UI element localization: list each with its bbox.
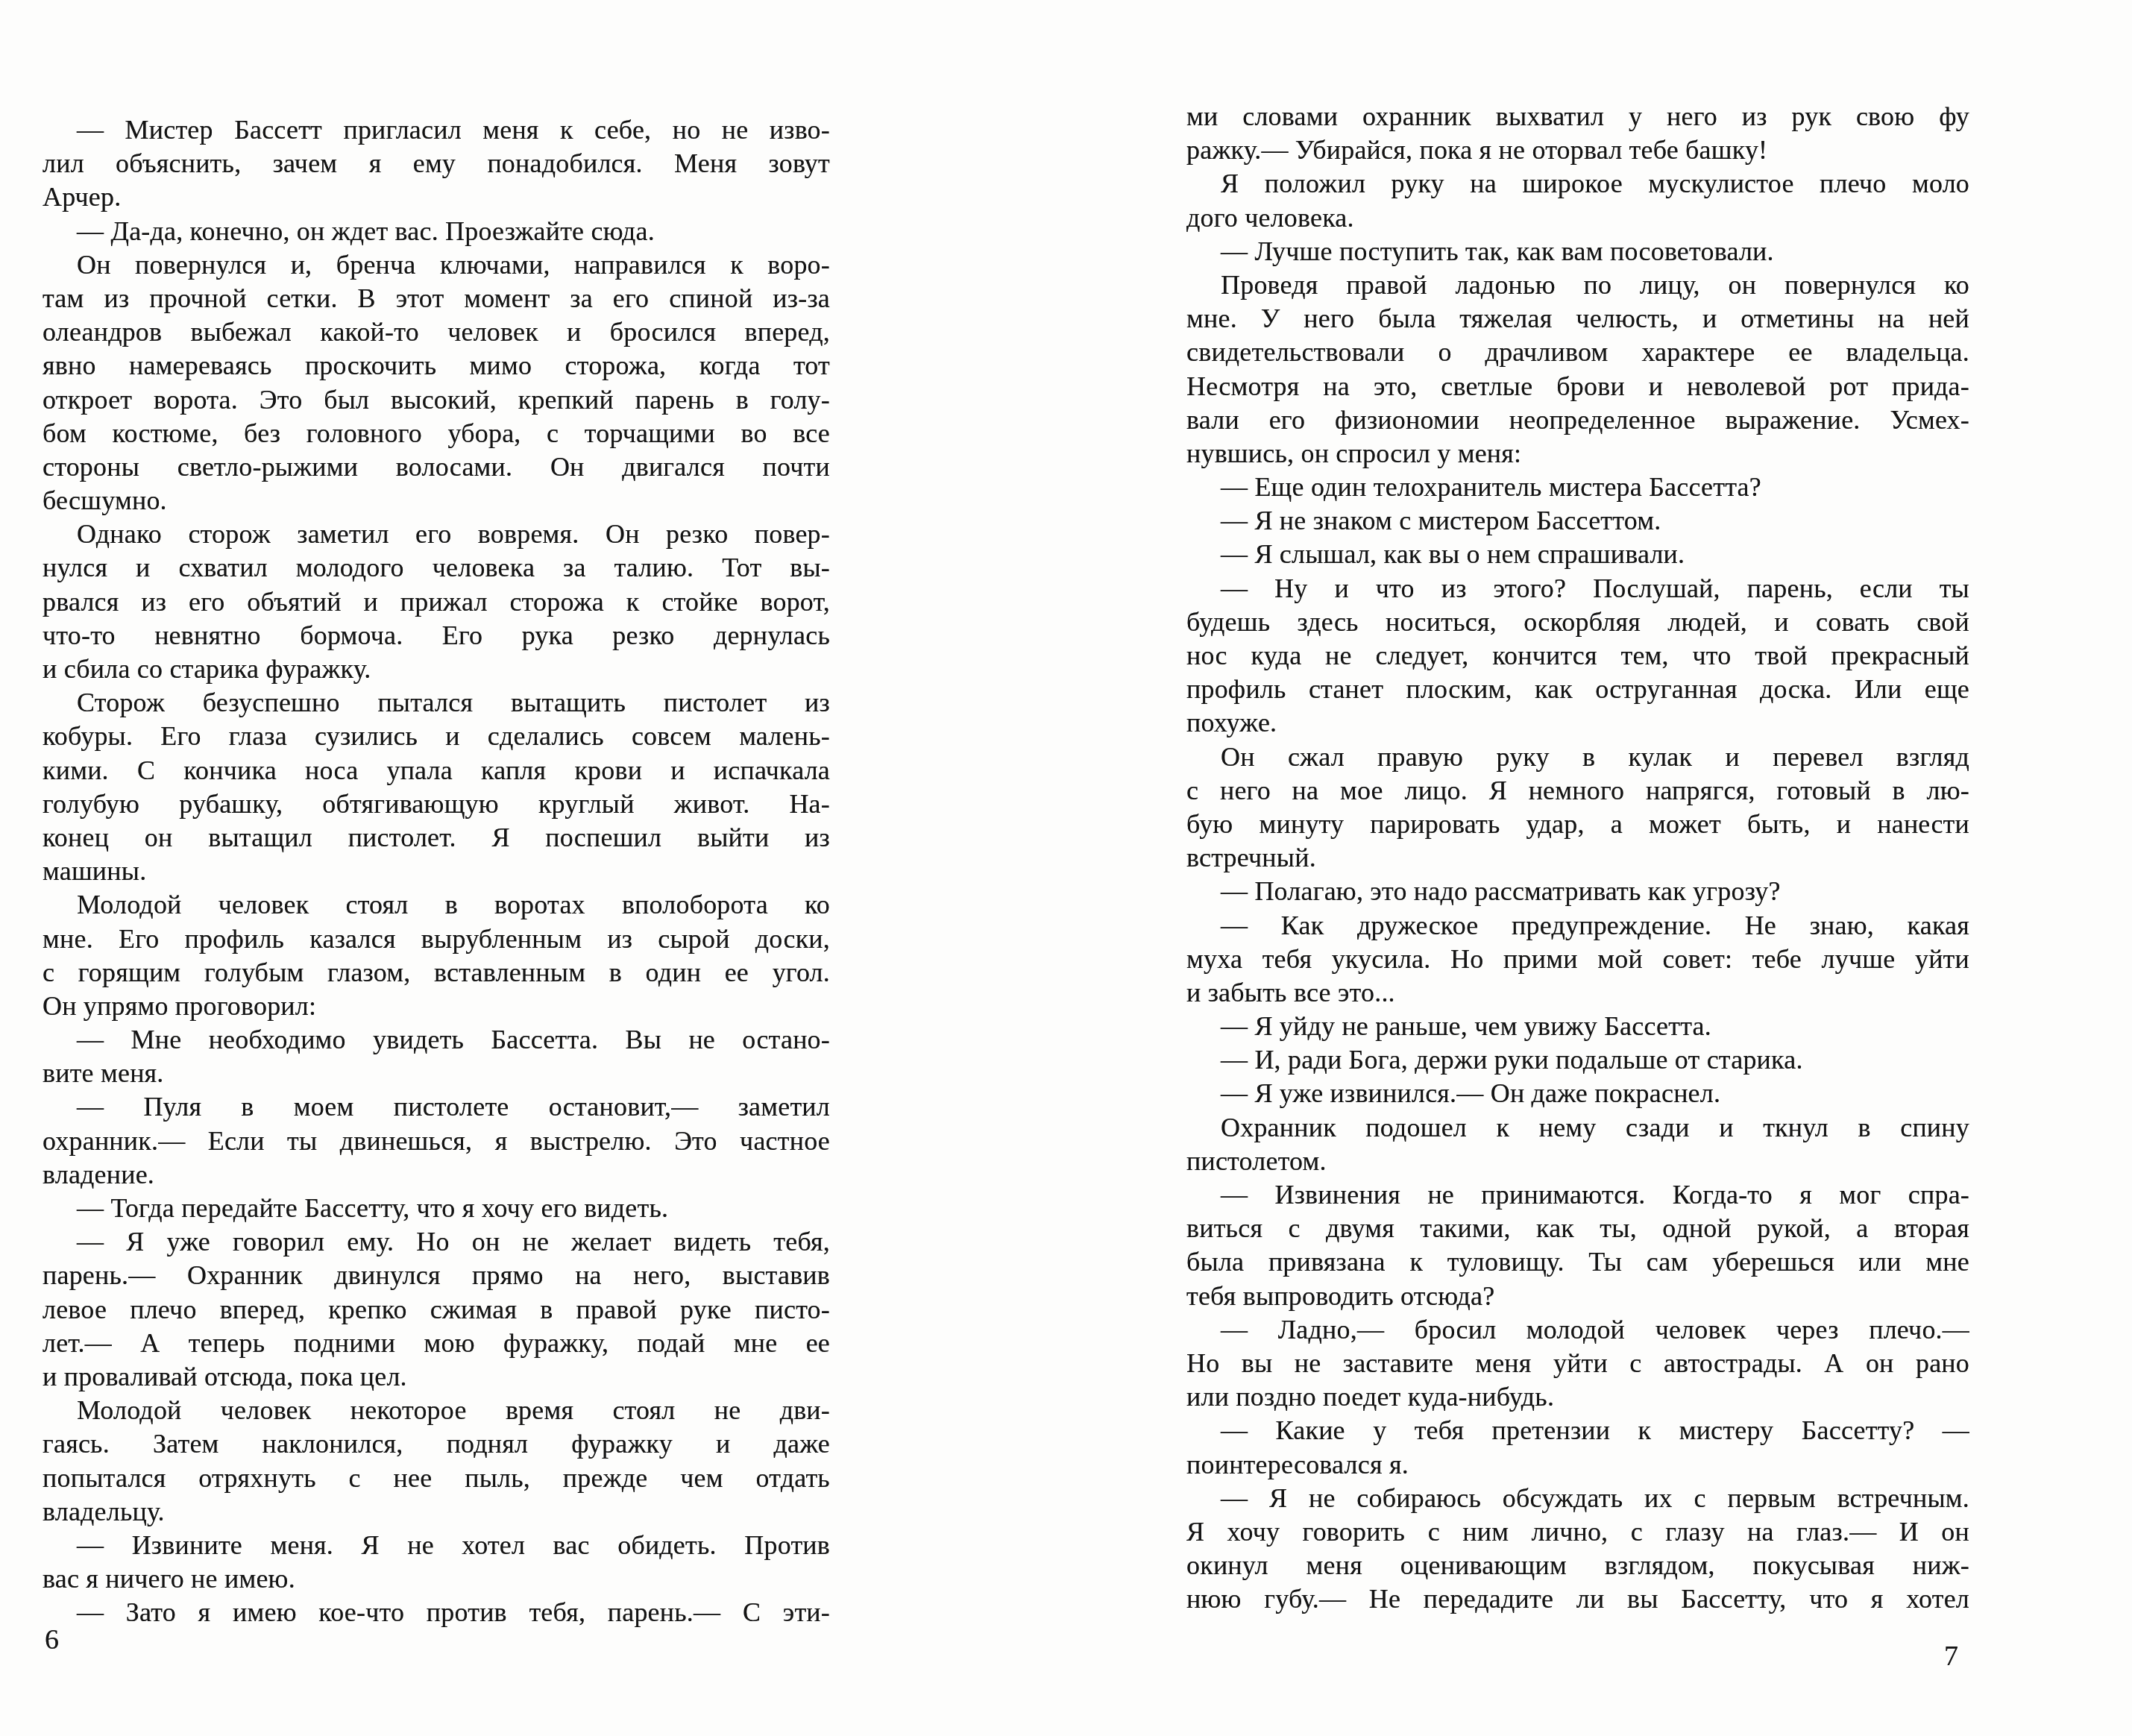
text-line: рвался из его объятий и прижал сторожа к… (43, 585, 830, 619)
text-line: мне. У него была тяжелая челюсть, и отме… (1186, 302, 1969, 336)
text-line: пистолетом. (1186, 1145, 1969, 1178)
text-line: машины. (43, 855, 830, 888)
text-line: — Мне необходимо увидеть Бассетта. Вы не… (43, 1023, 830, 1057)
page-number-right: 7 (1944, 1642, 1958, 1670)
text-line: вите меня. (43, 1057, 830, 1090)
text-line: — Мистер Бассетт пригласил меня к себе, … (43, 113, 830, 147)
text-line: нулся и схватил молодого человека за тал… (43, 551, 830, 585)
text-line: конец он вытащил пистолет. Я поспешил вы… (43, 821, 830, 855)
text-line: откроет ворота. Это был высокий, крепкий… (43, 383, 830, 417)
text-line: гаясь. Затем наклонился, поднял фуражку … (43, 1427, 830, 1461)
text-line: явно намереваясь проскочить мимо сторожа… (43, 349, 830, 383)
text-line: Но вы не заставите меня уйти с автострад… (1186, 1347, 1969, 1380)
text-line: Молодой человек некоторое время стоял не… (43, 1394, 830, 1427)
left-page-text-column: — Мистер Бассетт пригласил меня к себе, … (43, 113, 830, 1629)
text-line: вали его физиономии неопределенное выраж… (1186, 403, 1969, 437)
text-line: — Еще один телохранитель мистера Бассетт… (1186, 471, 1969, 504)
text-line: нюю губу.— Не передадите ли вы Бассетту,… (1186, 1582, 1969, 1616)
text-line: бесшумно. (43, 484, 830, 518)
text-line: там из прочной сетки. В этот момент за е… (43, 282, 830, 315)
text-line: профиль станет плоским, как оструганная … (1186, 673, 1969, 706)
text-line: — Я не знаком с мистером Бассеттом. (1186, 504, 1969, 538)
text-line: голубую рубашку, обтягивающую круглый жи… (43, 787, 830, 821)
text-line: тебя выпроводить отсюда? (1186, 1280, 1969, 1313)
text-line: — Полагаю, это надо рассматривать как уг… (1186, 875, 1969, 908)
text-line: с него на мое лицо. Я немного напрягся, … (1186, 774, 1969, 808)
text-line: левое плечо вперед, крепко сжимая в прав… (43, 1293, 830, 1327)
text-line: нос куда не следует, кончится тем, что т… (1186, 639, 1969, 673)
text-line: Охранник подошел к нему сзади и ткнул в … (1186, 1111, 1969, 1145)
right-page-text-column: ми словами охранник выхватил у него из р… (1186, 100, 1969, 1616)
text-line: и забыть все это... (1186, 976, 1969, 1010)
text-line: дого человека. (1186, 201, 1969, 235)
text-line: — Я уйду не раньше, чем увижу Бассетта. (1186, 1010, 1969, 1043)
text-line: и сбила со старика фуражку. (43, 652, 830, 686)
text-line: Он повернулся и, бренча ключами, направи… (43, 248, 830, 282)
text-line: Арчер. (43, 180, 830, 214)
text-line: охранник.— Если ты двинешься, я выстрелю… (43, 1125, 830, 1158)
text-line: — Я уже говорил ему. Но он не желает вид… (43, 1225, 830, 1259)
text-line: стороны светло-рыжими волосами. Он двига… (43, 450, 830, 484)
text-line: встречный. (1186, 841, 1969, 875)
text-line: поинтересовался я. (1186, 1448, 1969, 1482)
text-line: владение. (43, 1158, 830, 1192)
text-line: Я хочу говорить с ним лично, с глазу на … (1186, 1515, 1969, 1549)
text-line: бую минуту парировать удар, а может быть… (1186, 808, 1969, 841)
text-line: Молодой человек стоял в воротах вполобор… (43, 888, 830, 922)
text-line: кобуры. Его глаза сузились и сделались с… (43, 720, 830, 753)
text-line: лил объяснить, зачем я ему понадобился. … (43, 147, 830, 180)
text-line: похуже. (1186, 706, 1969, 740)
text-line: вас я ничего не имею. (43, 1562, 830, 1596)
text-line: — Какие у тебя претензии к мистеру Бассе… (1186, 1414, 1969, 1447)
text-line: — Извините меня. Я не хотел вас обидеть.… (43, 1529, 830, 1562)
text-line: — Извинения не принимаются. Когда-то я м… (1186, 1178, 1969, 1212)
text-line: олеандров выбежал какой-то человек и бро… (43, 315, 830, 349)
text-line: окинул меня оценивающим взглядом, покусы… (1186, 1549, 1969, 1582)
scanned-book-spread: — Мистер Бассетт пригласил меня к себе, … (0, 0, 2132, 1736)
text-line: Однако сторож заметил его вовремя. Он ре… (43, 518, 830, 551)
text-line: — И, ради Бога, держи руки подальше от с… (1186, 1043, 1969, 1077)
text-line: и проваливай отсюда, пока цел. (43, 1360, 830, 1394)
text-line: виться с двумя такими, как ты, одной рук… (1186, 1212, 1969, 1245)
text-line: с горящим голубым глазом, вставленным в … (43, 956, 830, 990)
text-line: владельцу. (43, 1495, 830, 1529)
text-line: бом костюме, без головного убора, с торч… (43, 417, 830, 450)
text-line: — Ну и что из этого? Послушай, парень, е… (1186, 572, 1969, 606)
text-line: — Лучше поступить так, как вам посоветов… (1186, 235, 1969, 268)
text-line: ми словами охранник выхватил у него из р… (1186, 100, 1969, 133)
text-line: что-то невнятно бормоча. Его рука резко … (43, 619, 830, 652)
text-line: кими. С кончика носа упала капля крови и… (43, 754, 830, 787)
text-line: — Да-да, конечно, он ждет вас. Проезжайт… (43, 215, 830, 248)
text-line: Я положил руку на широкое мускулистое пл… (1186, 167, 1969, 201)
text-line: — Зато я имею кое-что против тебя, парен… (43, 1596, 830, 1629)
text-line: свидетельствовали о драчливом характере … (1186, 336, 1969, 369)
text-line: попытался отряхнуть с нее пыль, прежде ч… (43, 1462, 830, 1495)
text-line: — Как дружеское предупреждение. Не знаю,… (1186, 909, 1969, 943)
text-line: Он сжал правую руку в кулак и перевел вз… (1186, 740, 1969, 774)
text-line: мне. Его профиль казался вырубленным из … (43, 922, 830, 956)
text-line: — Пуля в моем пистолете остановит,— заме… (43, 1090, 830, 1124)
text-line: была привязана к туловищу. Ты сам убереш… (1186, 1245, 1969, 1279)
text-line: лет.— А теперь подними мою фуражку, пода… (43, 1327, 830, 1360)
text-line: — Я слышал, как вы о нем спрашивали. (1186, 538, 1969, 571)
text-line: муха тебя укусила. Но прими мой совет: т… (1186, 943, 1969, 976)
text-line: парень.— Охранник двинулся прямо на него… (43, 1259, 830, 1292)
text-line: — Я не собираюсь обсуждать их с первым в… (1186, 1482, 1969, 1515)
text-line: Он упрямо проговорил: (43, 990, 830, 1023)
text-line: — Тогда передайте Бассетту, что я хочу е… (43, 1192, 830, 1225)
text-line: Проведя правой ладонью по лицу, он повер… (1186, 268, 1969, 302)
text-line: или поздно поедет куда-нибудь. (1186, 1380, 1969, 1414)
text-line: будешь здесь носиться, оскорбляя людей, … (1186, 606, 1969, 639)
text-line: Сторож безуспешно пытался вытащить писто… (43, 686, 830, 720)
page-number-left: 6 (45, 1626, 59, 1654)
text-line: нувшись, он спросил у меня: (1186, 437, 1969, 471)
text-line: — Я уже извинился.— Он даже покраснел. (1186, 1077, 1969, 1110)
text-line: ражку.— Убирайся, пока я не оторвал тебе… (1186, 133, 1969, 167)
text-line: Несмотря на это, светлые брови и неволев… (1186, 370, 1969, 403)
text-line: — Ладно,— бросил молодой человек через п… (1186, 1313, 1969, 1347)
